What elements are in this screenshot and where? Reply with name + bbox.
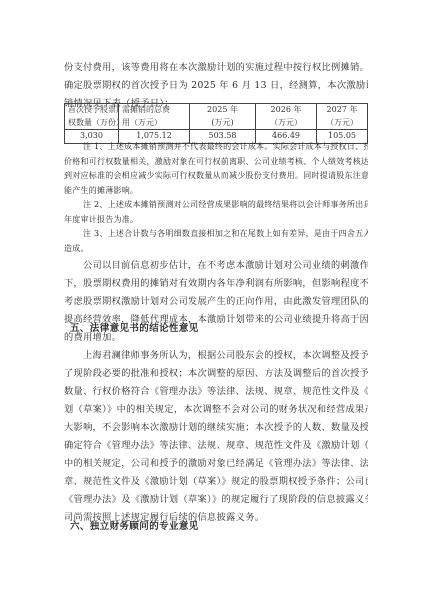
text-line: 上海君澜律师事务所认为，根据公司股东会的授权，本次调整及授予已取得 [64, 347, 368, 365]
table-header-cell: 首次授予股票期权数量（万份） [65, 104, 119, 130]
text-line: 公司以目前信息初步估计，在不考虑本激励计划对公司业绩的刺激作用情况 [64, 257, 368, 275]
text-line: 考虑股票期权激励计划对公司发展产生的正向作用，由此激发管理团队的积极性， [64, 293, 368, 311]
text-line: 大影响，不会影响本次激励计划的继续实施；本次授予的人数、数量及授权日的 [64, 419, 368, 437]
text-line: 份支付费用，该等费用将在本次激励计划的实施过程中按行权比例摊销。董事会 [64, 59, 368, 77]
text-line: 了现阶段必要的批准和授权；本次调整的原因、方法及调整后的首次授予人数、 [64, 365, 368, 383]
notes: 注 1、上述成本摊销预测并不代表最终的会计成本。实际会计成本与授权日、授予 价格… [64, 140, 368, 256]
text-line: 章、规范性文件及《激励计划（草案）》规定的股票期权授予条件；公司已按照 [64, 473, 368, 491]
section-5-body: 上海君澜律师事务所认为，根据公司股东会的授权，本次调整及授予已取得 了现阶段必要… [64, 347, 368, 527]
note-2-line: 年度审计报告为准。 [64, 213, 368, 228]
note-3-line: 造成。 [64, 242, 368, 257]
text-line: 下，股票期权费用的摊销对有效期内各年净利润有所影响，但影响程度不大。若 [64, 275, 368, 293]
table-header-cell: 2027 年（万元） [317, 104, 368, 130]
text-line: 确定股票期权的首次授予日为 2025 年 6 月 13 日，经测算，本次激励计划… [64, 77, 368, 95]
note-3-line: 注 3、上述合计数与各明细数直接相加之和在尾数上如有差异，是由于四舍五入所 [64, 227, 368, 242]
text-line: 确定符合《管理办法》等法律、法规、规章、规范性文件及《激励计划（草案）》 [64, 437, 368, 455]
table-header-cell: 需摊销的总费用（万元） [119, 104, 190, 130]
section-6-heading: 六、独立财务顾问的专业意见 [64, 518, 199, 536]
cost-amortization-table-wrap: 首次授予股票期权数量（万份） 需摊销的总费用（万元） 2025 年(万元) 20… [64, 103, 368, 144]
note-2-line: 注 2、上述成本摊销预测对公司经营成果影响的最终结果将以会计师事务所出具的 [64, 198, 368, 213]
note-1-line: 注 1、上述成本摊销预测并不代表最终的会计成本。实际会计成本与授权日、授予 [64, 140, 368, 155]
text-line: 《管理办法》及《激励计划（草案）》的规定履行了现阶段的信息披露义务，公 [64, 491, 368, 509]
table-header-cell: 2025 年(万元) [190, 104, 256, 130]
note-1-line: 到对应标准的会相应减少实际可行权数量从而减少股份支付费用。同时提请股东注意可 [64, 169, 368, 184]
text-line: 划（草案）》中的相关规定，本次调整不会对公司的财务状况和经营成果产生重 [64, 401, 368, 419]
section-5-heading: 五、法律意见书的结论性意见 [64, 320, 199, 338]
text-line: 数量、行权价格符合《管理办法》等法律、法规、规章、规范性文件及《激励计 [64, 383, 368, 401]
table-header-cell: 2026 年（万元） [256, 104, 317, 130]
note-1-line: 能产生的摊薄影响。 [64, 184, 368, 199]
text-line: 中的相关规定，公司和授予的激励对象已经满足《管理办法》等法律、法规、规 [64, 455, 368, 473]
cost-amortization-table: 首次授予股票期权数量（万份） 需摊销的总费用（万元） 2025 年(万元) 20… [64, 103, 368, 144]
table-header-row: 首次授予股票期权数量（万份） 需摊销的总费用（万元） 2025 年(万元) 20… [65, 104, 368, 130]
note-1-line: 价格和可行权数量相关，激励对象在可行权前离职、公司业绩考核、个人绩效考核达不 [64, 155, 368, 170]
